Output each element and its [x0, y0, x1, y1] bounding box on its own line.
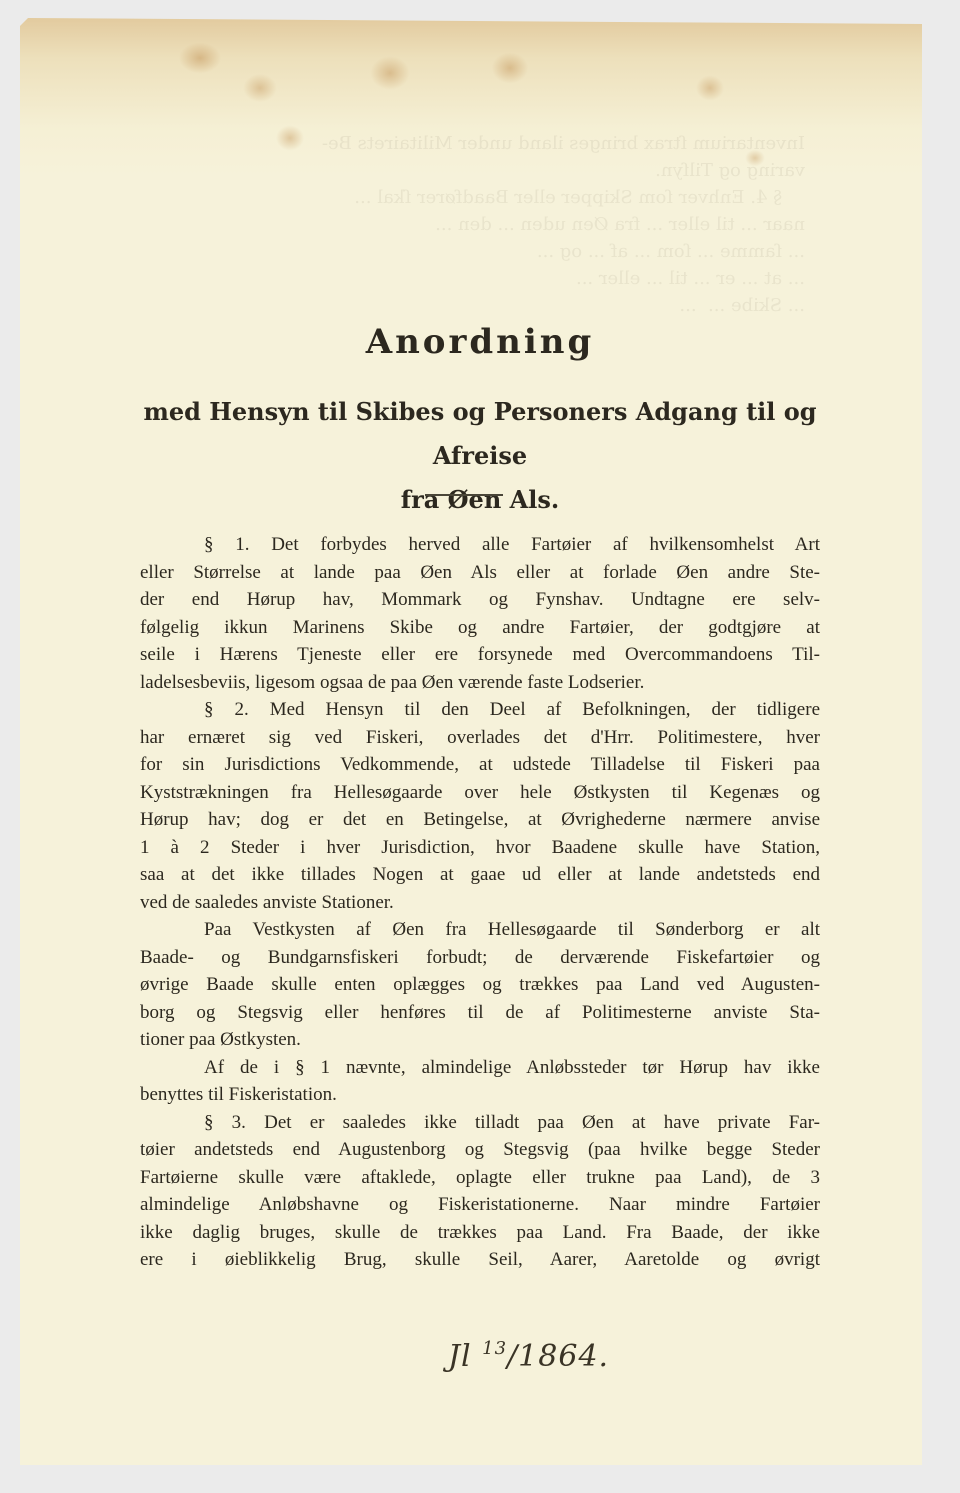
document-title: Anordning: [0, 322, 960, 362]
text-line: ere i øieblikkelig Brug, skulle Seil, Aa…: [140, 1246, 820, 1274]
bleed-through-text: Inventarium ſtrax bringes iland under Mi…: [115, 130, 805, 350]
text-line: for sin Jurisdictions Vedkommende, at ud…: [140, 751, 820, 779]
text-line: der end Hørup hav, Mommark og Fynshav. U…: [140, 586, 820, 614]
subtitle-line: med Hensyn til Skibes og Personers Adgan…: [130, 390, 830, 478]
handwritten-initials: Jl: [448, 1339, 472, 1374]
text-line: Hørup hav; dog er det en Betingelse, at …: [140, 806, 820, 834]
text-line: Baade- og Bundgarnsfiskeri forbudt; de d…: [140, 944, 820, 972]
text-line: har ernæret sig ved Fiskeri, overlades d…: [140, 724, 820, 752]
subtitle-line: fra Øen Als.: [130, 478, 830, 522]
text-line: 1 à 2 Steder i hver Jurisdiction, hvor B…: [140, 834, 820, 862]
document-body: § 1. Det forbydes herved alle Fartøier a…: [140, 531, 820, 1274]
text-line: øvrige Baade skulle enten oplægges og tr…: [140, 971, 820, 999]
text-line: borg og Stegsvig eller henføres til de a…: [140, 999, 820, 1027]
text-line: § 1. Det forbydes herved alle Fartøier a…: [140, 531, 820, 559]
text-line: eller Størrelse at lande paa Øen Als ell…: [140, 559, 820, 587]
paragraph-section-3: § 3. Det er saaledes ikke tilladt paa Øe…: [140, 1109, 820, 1274]
handwritten-day: 13: [482, 1338, 507, 1359]
text-line: Kyststrækningen fra Hellesøgaarde over h…: [140, 779, 820, 807]
text-line: ved de saaledes anviste Stationer.: [140, 889, 820, 917]
text-line: tøier andetsteds end Augustenborg og Ste…: [140, 1136, 820, 1164]
text-line: almindelige Anløbshavne og Fiskeristatio…: [140, 1191, 820, 1219]
document-subtitle: med Hensyn til Skibes og Personers Adgan…: [130, 390, 830, 522]
text-line: benyttes til Fiskeristation.: [140, 1081, 820, 1109]
text-line: § 2. Med Hensyn til den Deel af Befolkni…: [140, 696, 820, 724]
paragraph-section-2: § 2. Med Hensyn til den Deel af Befolkni…: [140, 696, 820, 916]
text-line: seile i Hærens Tjeneste eller ere forsyn…: [140, 641, 820, 669]
text-line: saa at det ikke tillades Nogen at gaae u…: [140, 861, 820, 889]
paragraph-west-coast: Paa Vestkysten af Øen fra Hellesøgaarde …: [140, 916, 820, 1054]
text-line: Paa Vestkysten af Øen fra Hellesøgaarde …: [140, 916, 820, 944]
title-divider: [425, 494, 503, 496]
text-line: tioner paa Østkysten.: [140, 1026, 820, 1054]
text-line: Af de i § 1 nævnte, almindelige Anløbsst…: [140, 1054, 820, 1082]
paragraph-section-1: § 1. Det forbydes herved alle Fartøier a…: [140, 531, 820, 696]
text-line: § 3. Det er saaledes ikke tilladt paa Øe…: [140, 1109, 820, 1137]
text-line: ikke daglig bruges, skulle de trækkes pa…: [140, 1219, 820, 1247]
paragraph-anchorage: Af de i § 1 nævnte, almindelige Anløbsst…: [140, 1054, 820, 1109]
handwritten-year: /1864.: [507, 1339, 609, 1374]
text-line: ladelsesbeviis, ligesom ogsaa de paa Øen…: [140, 669, 820, 697]
text-line: Fartøierne skulle være aftaklede, oplagt…: [140, 1164, 820, 1192]
handwritten-date-note: Jl 13/1864.: [448, 1338, 609, 1374]
text-line: følgelig ikkun Marinens Skibe og andre F…: [140, 614, 820, 642]
